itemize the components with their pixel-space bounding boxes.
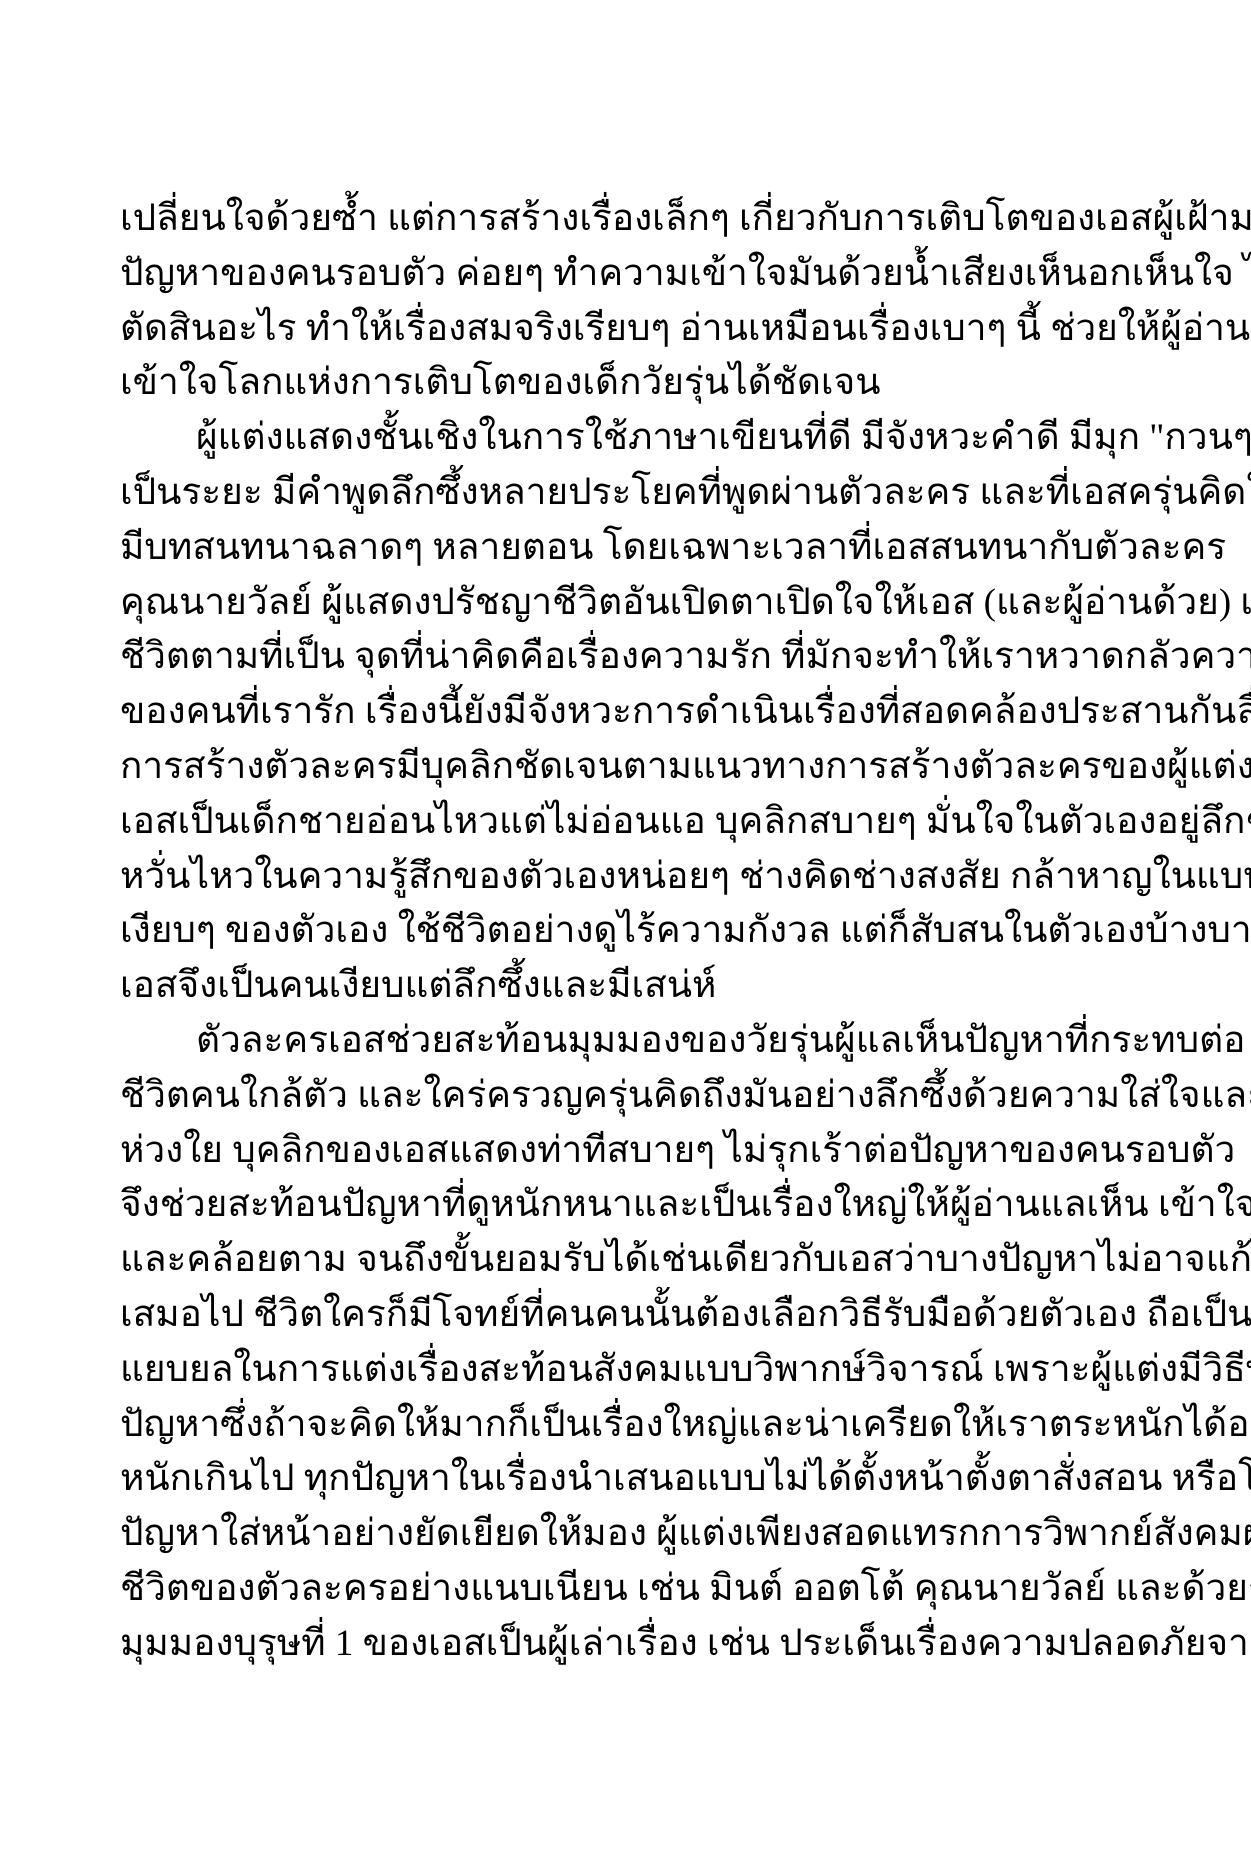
text-line: ปัญหาใส่หน้าอย่างยัดเยียดให้มอง ผู้แต่งเ… bbox=[120, 1507, 1136, 1562]
text-line: การสร้างตัวละครมีบุคลิกชัดเจนตามแนวทางกา… bbox=[120, 740, 1136, 795]
text-line: จึงช่วยสะท้อนปัญหาที่ดูหนักหนาและเป็นเรื… bbox=[120, 1178, 1136, 1233]
text-line: ปัญหาของคนรอบตัว ค่อยๆ ทำความเข้าใจมันด้… bbox=[120, 247, 1136, 302]
text-line: หวั่นไหวในความรู้สึกของตัวเองหน่อยๆ ช่าง… bbox=[120, 850, 1136, 905]
text-line: และคล้อยตาม จนถึงขั้นยอมรับได้เช่นเดียวก… bbox=[120, 1233, 1136, 1288]
text-line: มุมมองบุรุษที่ 1 ของเอสเป็นผู้เล่าเรื่อง… bbox=[120, 1617, 1136, 1672]
text-line: เป็นระยะ มีคำพูดลึกซึ้งหลายประโยคที่พูดผ… bbox=[120, 466, 1136, 521]
body-text: เปลี่ยนใจด้วยซ้ำ แต่การสร้างเรื่องเล็กๆ … bbox=[120, 192, 1136, 1672]
text-line: เงียบๆ ของตัวเอง ใช้ชีวิตอย่างดูไร้ความก… bbox=[120, 904, 1136, 959]
text-line: ตัวละครเอสช่วยสะท้อนมุมมองของวัยรุ่นผู้แ… bbox=[120, 1014, 1136, 1069]
text-line: ชีวิตของตัวละครอย่างแนบเนียน เช่น มินต์ … bbox=[120, 1562, 1136, 1617]
text-line: เสมอไป ชีวิตใครก็มีโจทย์ที่คนคนนั้นต้องเ… bbox=[120, 1288, 1136, 1343]
text-line: มีบทสนทนาฉลาดๆ หลายตอน โดยเฉพาะเวลาที่เอ… bbox=[120, 521, 1136, 576]
document-page: เปลี่ยนใจด้วยซ้ำ แต่การสร้างเรื่องเล็กๆ … bbox=[0, 0, 1251, 1867]
text-line: ห่วงใย บุคลิกของเอสแสดงท่าทีสบายๆ ไม่รุก… bbox=[120, 1124, 1136, 1179]
text-line: ปัญหาซึ่งถ้าจะคิดให้มากก็เป็นเรื่องใหญ่แ… bbox=[120, 1398, 1136, 1453]
text-line: เอสเป็นเด็กชายอ่อนไหวแต่ไม่อ่อนแอ บุคลิก… bbox=[120, 795, 1136, 850]
text-line: เปลี่ยนใจด้วยซ้ำ แต่การสร้างเรื่องเล็กๆ … bbox=[120, 192, 1136, 247]
text-line: คุณนายวัลย์ ผู้แสดงปรัชญาชีวิตอันเปิดตาเ… bbox=[120, 576, 1136, 631]
text-line: ของคนที่เรารัก เรื่องนี้ยังมีจังหวะการดำ… bbox=[120, 685, 1136, 740]
text-line: ชีวิตตามที่เป็น จุดที่น่าคิดคือเรื่องควา… bbox=[120, 630, 1136, 685]
text-line: ตัดสินอะไร ทำให้เรื่องสมจริงเรียบๆ อ่านเ… bbox=[120, 302, 1136, 357]
text-line: แยบยลในการแต่งเรื่องสะท้อนสังคมแบบวิพากษ… bbox=[120, 1343, 1136, 1398]
text-line: หนักเกินไป ทุกปัญหาในเรื่องนำเสนอแบบไม่ไ… bbox=[120, 1452, 1136, 1507]
text-line: ชีวิตคนใกล้ตัว และใคร่ครวญครุ่นคิดถึงมัน… bbox=[120, 1069, 1136, 1124]
text-line: เข้าใจโลกแห่งการเติบโตของเด็กวัยรุ่นได้ช… bbox=[120, 356, 1136, 411]
text-line: ผู้แต่งแสดงชั้นเชิงในการใช้ภาษาเขียนที่ด… bbox=[120, 411, 1136, 466]
text-line: เอสจึงเป็นคนเงียบแต่ลึกซึ้งและมีเสน่ห์ bbox=[120, 959, 1136, 1014]
